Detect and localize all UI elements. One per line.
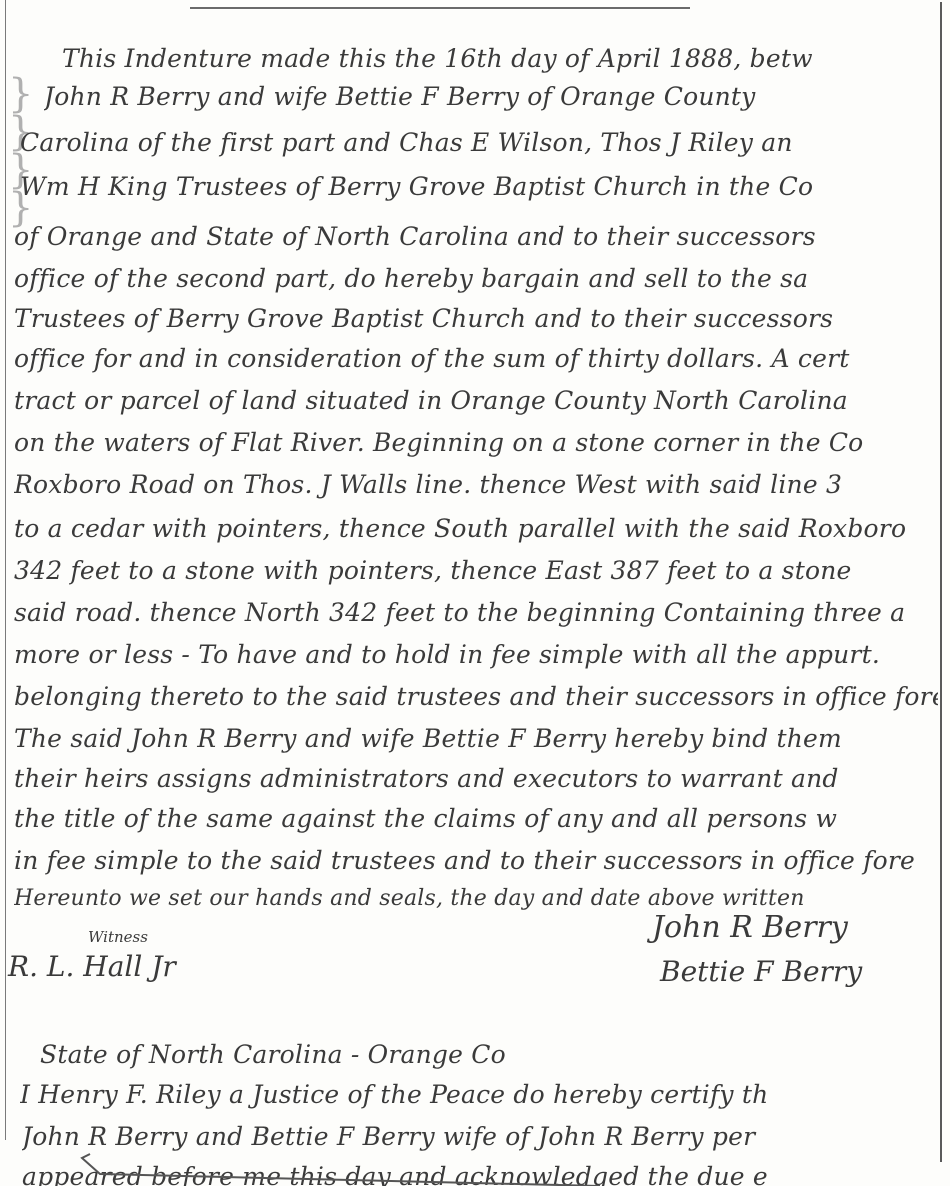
body-line: more or less - To have and to hold in fe… (14, 640, 938, 669)
body-line: tract or parcel of land situated in Oran… (14, 386, 938, 415)
certificate-line: State of North Carolina - Orange Co (40, 1040, 950, 1069)
body-line: office of the second part, do hereby bar… (14, 264, 938, 293)
body-line: their heirs assigns administrators and e… (14, 764, 938, 793)
body-line: belonging thereto to the said trustees a… (14, 682, 938, 711)
body-line: the title of the same against the claims… (14, 804, 938, 833)
signature-john-berry: John R Berry (652, 910, 848, 945)
body-line: This Indenture made this the 16th day of… (62, 44, 938, 73)
top-rule-divider (190, 7, 690, 9)
body-line: office for and in consideration of the s… (14, 344, 938, 373)
body-line: 342 feet to a stone with pointers, thenc… (14, 556, 938, 585)
body-line: Wm H King Trustees of Berry Grove Baptis… (20, 172, 944, 201)
left-page-border (5, 0, 6, 1140)
certificate-line: I Henry F. Riley a Justice of the Peace … (20, 1080, 944, 1109)
body-line: Carolina of the first part and Chas E Wi… (20, 128, 944, 157)
body-line: to a cedar with pointers, thence South p… (14, 514, 938, 543)
certificate-line: John R Berry and Bettie F Berry wife of … (22, 1122, 946, 1151)
body-line: said road. thence North 342 feet to the … (14, 598, 938, 627)
signature-bettie-berry: Bettie F Berry (660, 955, 862, 988)
body-line: Trustees of Berry Grove Baptist Church a… (14, 304, 938, 333)
deed-page: }}}} This Indenture made this the 16th d… (0, 0, 950, 1186)
body-line: John R Berry and wife Bettie F Berry of … (44, 82, 938, 111)
body-line: in fee simple to the said trustees and t… (14, 846, 938, 875)
witness-label: Witness (88, 928, 148, 946)
body-line: of Orange and State of North Carolina an… (14, 222, 938, 251)
body-line: The said John R Berry and wife Bettie F … (14, 724, 938, 753)
bottom-flourish-stroke (60, 1148, 600, 1186)
witness-signature: R. L. Hall Jr (8, 950, 176, 983)
body-line: on the waters of Flat River. Beginning o… (14, 428, 938, 457)
body-line: Roxboro Road on Thos. J Walls line. then… (14, 470, 938, 499)
body-line: Hereunto we set our hands and seals, the… (14, 886, 938, 911)
